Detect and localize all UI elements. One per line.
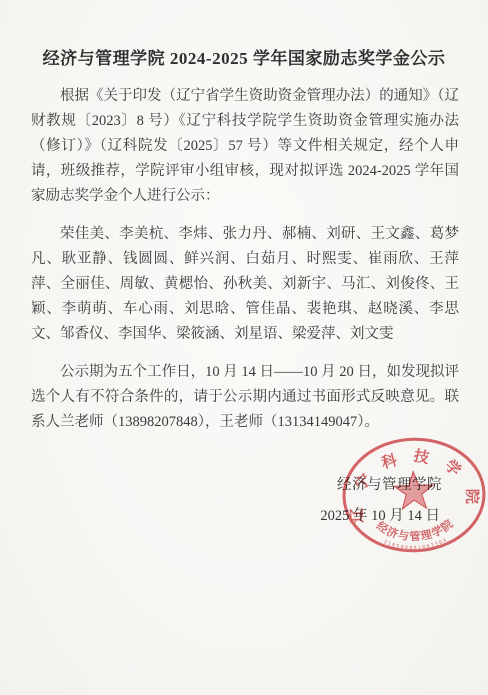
intro-paragraph: 根据《关于印发（辽宁省学生资助资金管理办法）的通知》（辽财教规〔2023〕8 号… xyxy=(31,84,459,209)
notice-period-paragraph: 公示期为五个工作日，10 月 14 日——10 月 20 日，如发现拟评选个人有… xyxy=(31,360,459,435)
page-title: 经济与管理学院 2024-2025 学年国家励志奖学金公示 xyxy=(0,44,488,69)
seal-star-icon xyxy=(394,471,434,509)
names-list-paragraph: 荣佳美、李美杭、李炜、张力丹、郝楠、刘研、王文鑫、葛梦凡、耿亚静、钱圆圆、鲜兴润… xyxy=(31,222,459,347)
official-seal: 辽宁科技学院 经济与管理学院 210500001003304 xyxy=(339,434,488,556)
document-body: 根据《关于印发（辽宁省学生资助资金管理办法）的通知》（辽财教规〔2023〕8 号… xyxy=(31,84,459,448)
document-page: 经济与管理学院 2024-2025 学年国家励志奖学金公示 根据《关于印发（辽宁… xyxy=(0,0,488,695)
